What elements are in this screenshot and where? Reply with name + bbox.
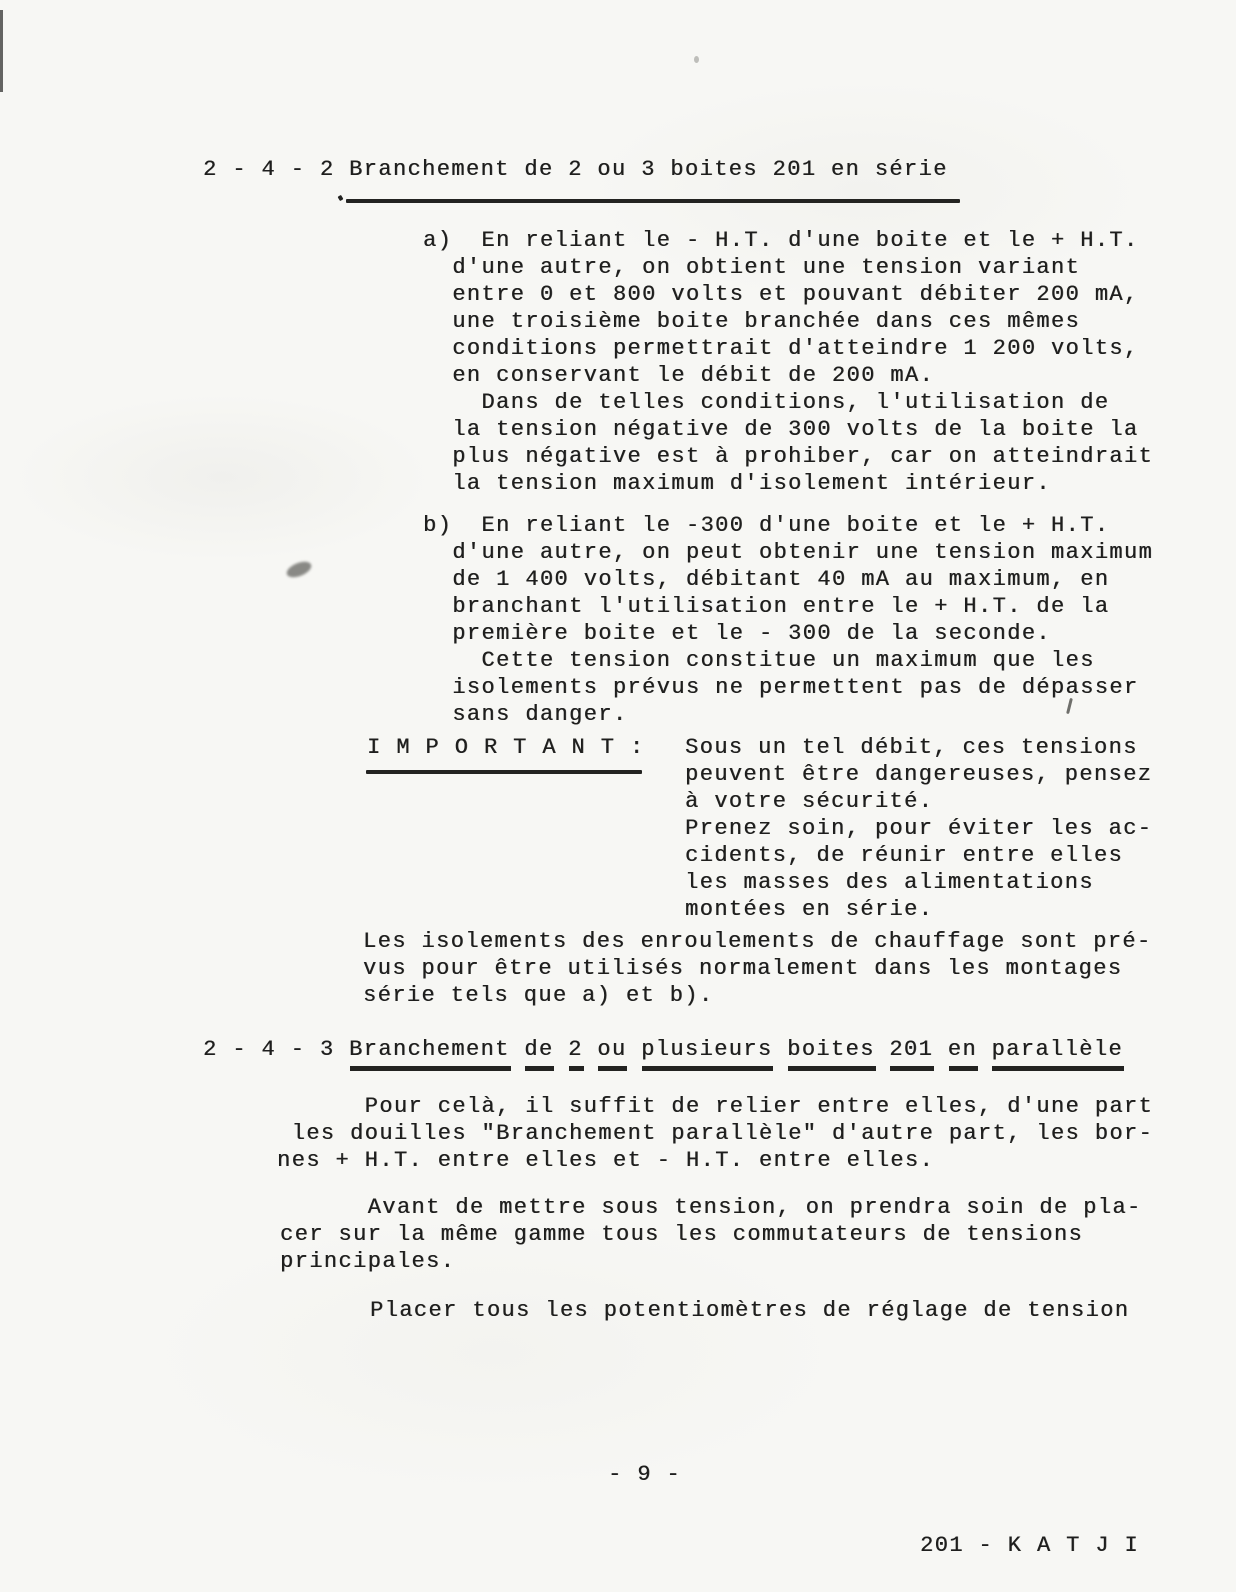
section-heading-parallele: 2 - 4 - 3 Branchement de 2 ou plusieurs … — [203, 1036, 1123, 1063]
section-heading-serie: 2 - 4 - 2 Branchement de 2 ou 3 boites 2… — [203, 156, 948, 183]
document-reference: 201 - K A T J I — [920, 1532, 1139, 1559]
scan-dot-artifact — [694, 56, 699, 63]
heading-underline-tick — [338, 195, 344, 201]
heading-underline-serie — [346, 199, 960, 203]
scan-smudge-artifact — [285, 559, 314, 581]
heading-underline-parallele — [350, 1066, 1124, 1071]
paragraph-pour: Pour celà, il suffit de relier entre ell… — [277, 1093, 1153, 1174]
scanned-document-page: 2 - 4 - 2 Branchement de 2 ou 3 boites 2… — [0, 0, 1236, 1592]
page-number: - 9 - — [608, 1461, 681, 1488]
note-paragraph: Les isolements des enroulements de chauf… — [363, 928, 1152, 1009]
important-underline — [366, 770, 642, 774]
important-text: Sous un tel débit, ces tensions peuvent … — [685, 734, 1152, 923]
scan-edge-bar-artifact — [0, 10, 3, 92]
important-label: I M P O R T A N T : — [367, 734, 644, 761]
paragraph-item-b: b) En reliant le -300 d'une boite et le … — [423, 512, 1153, 728]
paragraph-placer: Placer tous les potentiomètres de réglag… — [370, 1297, 1129, 1324]
section-title-parallele: Branchement de 2 ou plusieurs boites 201… — [349, 1037, 1123, 1062]
section-number-parallele: 2 - 4 - 3 — [203, 1037, 349, 1062]
section-title-serie: Branchement de 2 ou 3 boites 201 en séri… — [349, 157, 948, 182]
section-number-serie: 2 - 4 - 2 — [203, 157, 349, 182]
paragraph-avant: Avant de mettre sous tension, on prendra… — [280, 1194, 1142, 1275]
paragraph-item-a: a) En reliant le - H.T. d'une boite et l… — [423, 227, 1153, 497]
